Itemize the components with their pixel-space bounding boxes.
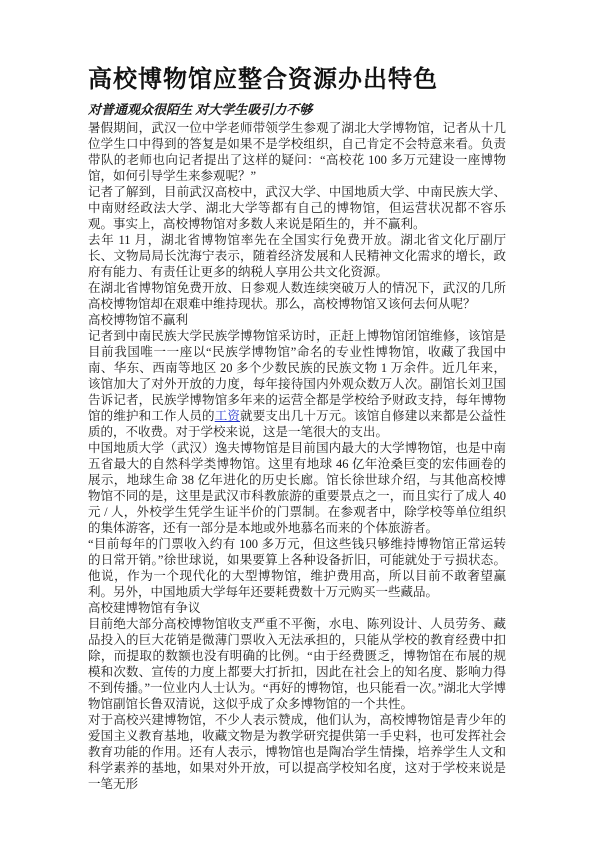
paragraph-geology-museum: 中国地质大学（武汉）逸夫博物馆是目前国内最大的大学博物馆，也是中南五省最大的自然… xyxy=(88,440,506,536)
paragraph-ticket-revenue: “目前每年的门票收入约有 100 多万元，但这些钱只够维持博物馆正常运转的日常开… xyxy=(88,536,506,600)
paragraph-university-museums: 记者了解到，目前武汉高校中，武汉大学、中国地质大学、中南民族大学、中南财经政法大… xyxy=(88,184,506,232)
article-content: 高校博物馆应整合资源办出特色 对普通观众很陌生 对大学生吸引力不够 暑假期间，武… xyxy=(88,64,506,792)
paragraph-intro: 暑假期间，武汉一位中学老师带领学生参观了湖北大学博物馆，记者从十几位学生口中得到… xyxy=(88,120,506,184)
document-page: 高校博物馆应整合资源办出特色 对普通观众很陌生 对大学生吸引力不够 暑假期间，武… xyxy=(0,0,595,842)
salary-link[interactable]: 工资 xyxy=(215,409,240,423)
paragraph-free-admission: 去年 11 月，湖北省博物馆率先在全国实行免费开放。湖北省文化厅副厅长、文物局局… xyxy=(88,232,506,280)
article-title: 高校博物馆应整合资源办出特色 xyxy=(88,64,506,96)
paragraph-museum-dilemma: 在湖北省博物馆免费开放、日参观人数连续突破万人的情况下，武汉的几所高校博物馆却在… xyxy=(88,280,506,312)
paragraph-support-opinions: 对于高校兴建博物馆，不少人表示赞成，他们认为，高校博物馆是青少年的爱国主义教育基… xyxy=(88,712,506,792)
paragraph-funding-imbalance: 目前绝大部分高校博物馆收支严重不平衡，水电、陈列设计、人员劳务、藏品投入的巨大花… xyxy=(88,616,506,712)
section-heading-not-profitable: 高校博物馆不赢利 xyxy=(88,312,506,328)
article-subtitle: 对普通观众很陌生 对大学生吸引力不够 xyxy=(88,102,506,117)
paragraph-minzu-museum: 记者到中南民族大学民族学博物馆采访时，正赶上博物馆闭馆维修，该馆是目前我国唯一一… xyxy=(88,328,506,440)
section-heading-controversy: 高校建博物馆有争议 xyxy=(88,600,506,616)
